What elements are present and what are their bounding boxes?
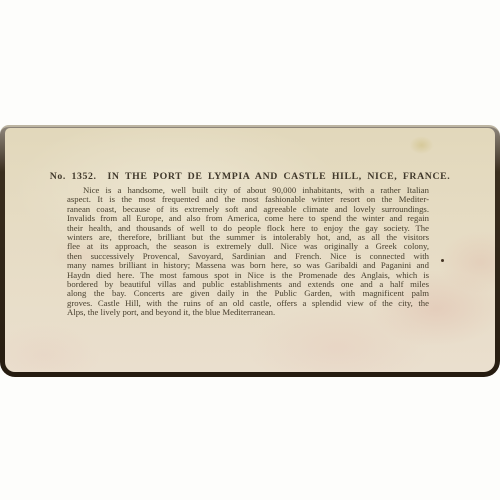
body-line: aspect. It is the most frequented and th…: [67, 195, 429, 204]
body-line: Invalids from all Europe, and also from …: [67, 214, 429, 223]
body-line: winters are, therefore, brilliant but th…: [67, 233, 429, 242]
body-line: their health, and thousands of well to d…: [67, 224, 429, 233]
ink-speck: [441, 259, 444, 262]
card-title: IN THE PORT DE LYMPIA AND CASTLE HILL, N…: [108, 171, 451, 182]
body-line: ranean coast, because of its extremely s…: [67, 205, 429, 214]
body-line: many names brilliant in history; Massena…: [67, 261, 429, 270]
caption-title-row: No. 1352.IN THE PORT DE LYMPIA AND CASTL…: [5, 171, 495, 182]
body-line: then successively Provencal, Savoyard, S…: [67, 252, 429, 261]
body-line: Nice is a handsome, well built city of a…: [67, 186, 429, 195]
body-line: groves. Castle Hill, with the ruins of a…: [67, 299, 429, 308]
stereo-card-back: No. 1352.IN THE PORT DE LYMPIA AND CASTL…: [0, 125, 500, 377]
scan-background: No. 1352.IN THE PORT DE LYMPIA AND CASTL…: [0, 0, 500, 500]
body-line: along the bay. Concerts are given daily …: [67, 289, 429, 298]
body-line: flee at its approach, the season is extr…: [67, 242, 429, 251]
card-surface: No. 1352.IN THE PORT DE LYMPIA AND CASTL…: [5, 128, 495, 372]
body-line: bordered by beautiful villas and public …: [67, 280, 429, 289]
card-number: No. 1352.: [50, 171, 97, 182]
body-line: Alps, the lively port, and beyond it, th…: [67, 308, 429, 317]
body-line: Haydn died here. The most famous spot in…: [67, 271, 429, 280]
caption-body: Nice is a handsome, well built city of a…: [67, 186, 429, 317]
